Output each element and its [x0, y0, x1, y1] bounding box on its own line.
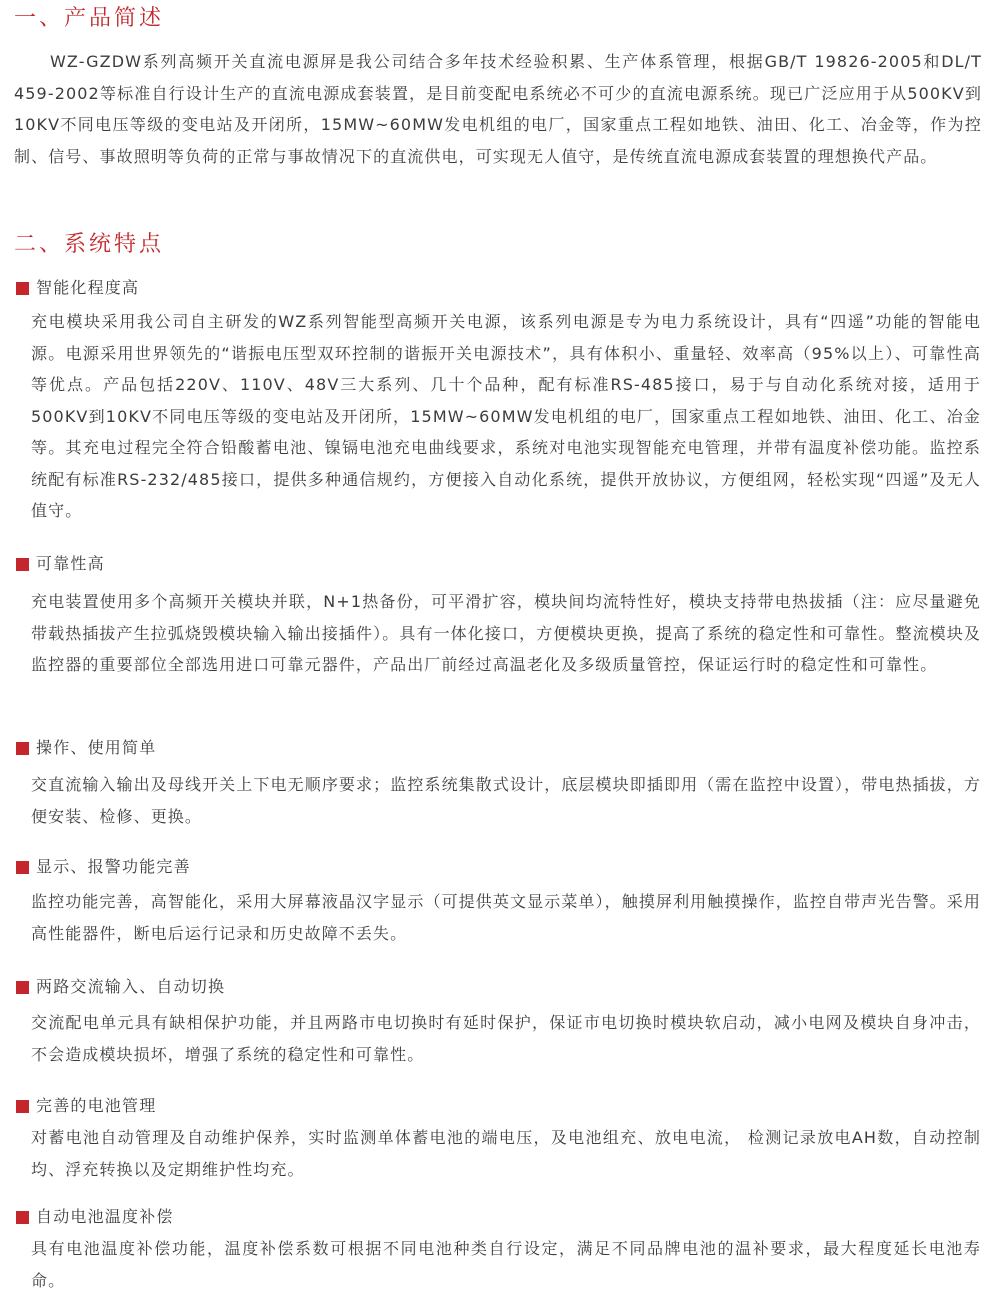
feature-heading-label: 两路交流输入、自动切换: [36, 975, 225, 999]
square-bullet-icon: [16, 742, 29, 755]
square-bullet-icon: [16, 1211, 29, 1224]
feature-body-temperature-compensation: 具有电池温度补偿功能，温度补偿系数可根据不同电池种类自行设定，满足不同品牌电池的…: [31, 1233, 981, 1296]
feature-body-operation: 交直流输入输出及母线开关上下电无顺序要求；监控系统集散式设计，底层模块即插即用（…: [31, 769, 981, 832]
feature-heading-battery-management: 完善的电池管理: [16, 1094, 156, 1118]
feature-heading-dual-ac: 两路交流输入、自动切换: [16, 975, 225, 999]
feature-heading-label: 显示、报警功能完善: [36, 855, 191, 879]
overview-paragraph: WZ-GZDW系列高频开关直流电源屏是我公司结合多年技术经验积累、生产体系管理，…: [14, 46, 982, 172]
square-bullet-icon: [16, 861, 29, 874]
feature-body-battery-management: 对蓄电池自动管理及自动维护保养，实时监测单体蓄电池的端电压，及电池组充、放电电流…: [31, 1122, 981, 1185]
feature-heading-label: 智能化程度高: [36, 276, 139, 300]
feature-heading-label: 完善的电池管理: [36, 1094, 156, 1118]
square-bullet-icon: [16, 282, 29, 295]
feature-heading-operation: 操作、使用简单: [16, 736, 156, 760]
square-bullet-icon: [16, 981, 29, 994]
square-bullet-icon: [16, 1100, 29, 1113]
square-bullet-icon: [16, 558, 29, 571]
section-title-features: 二、系统特点: [14, 230, 164, 260]
feature-body-reliability: 充电装置使用多个高频开关模块并联，N+1热备份，可平滑扩容，模块间均流特性好，模…: [31, 586, 981, 681]
feature-body-intelligence: 充电模块采用我公司自主研发的WZ系列智能型高频开关电源，该系列电源是专为电力系统…: [31, 306, 981, 527]
feature-heading-label: 可靠性高: [36, 552, 105, 576]
product-document: 一、产品简述 WZ-GZDW系列高频开关直流电源屏是我公司结合多年技术经验积累、…: [0, 0, 1000, 1302]
feature-heading-intelligence: 智能化程度高: [16, 276, 139, 300]
section-title-overview: 一、产品简述: [14, 4, 164, 34]
feature-body-display-alarm: 监控功能完善，高智能化，采用大屏幕液晶汉字显示（可提供英文显示菜单），触摸屏利用…: [31, 886, 981, 949]
feature-body-dual-ac: 交流配电单元具有缺相保护功能，并且两路市电切换时有延时保护，保证市电切换时模块软…: [31, 1007, 981, 1070]
feature-heading-label: 自动电池温度补偿: [36, 1205, 174, 1229]
feature-heading-label: 操作、使用简单: [36, 736, 156, 760]
feature-heading-reliability: 可靠性高: [16, 552, 105, 576]
feature-heading-temperature-compensation: 自动电池温度补偿: [16, 1205, 174, 1229]
feature-heading-display-alarm: 显示、报警功能完善: [16, 855, 191, 879]
